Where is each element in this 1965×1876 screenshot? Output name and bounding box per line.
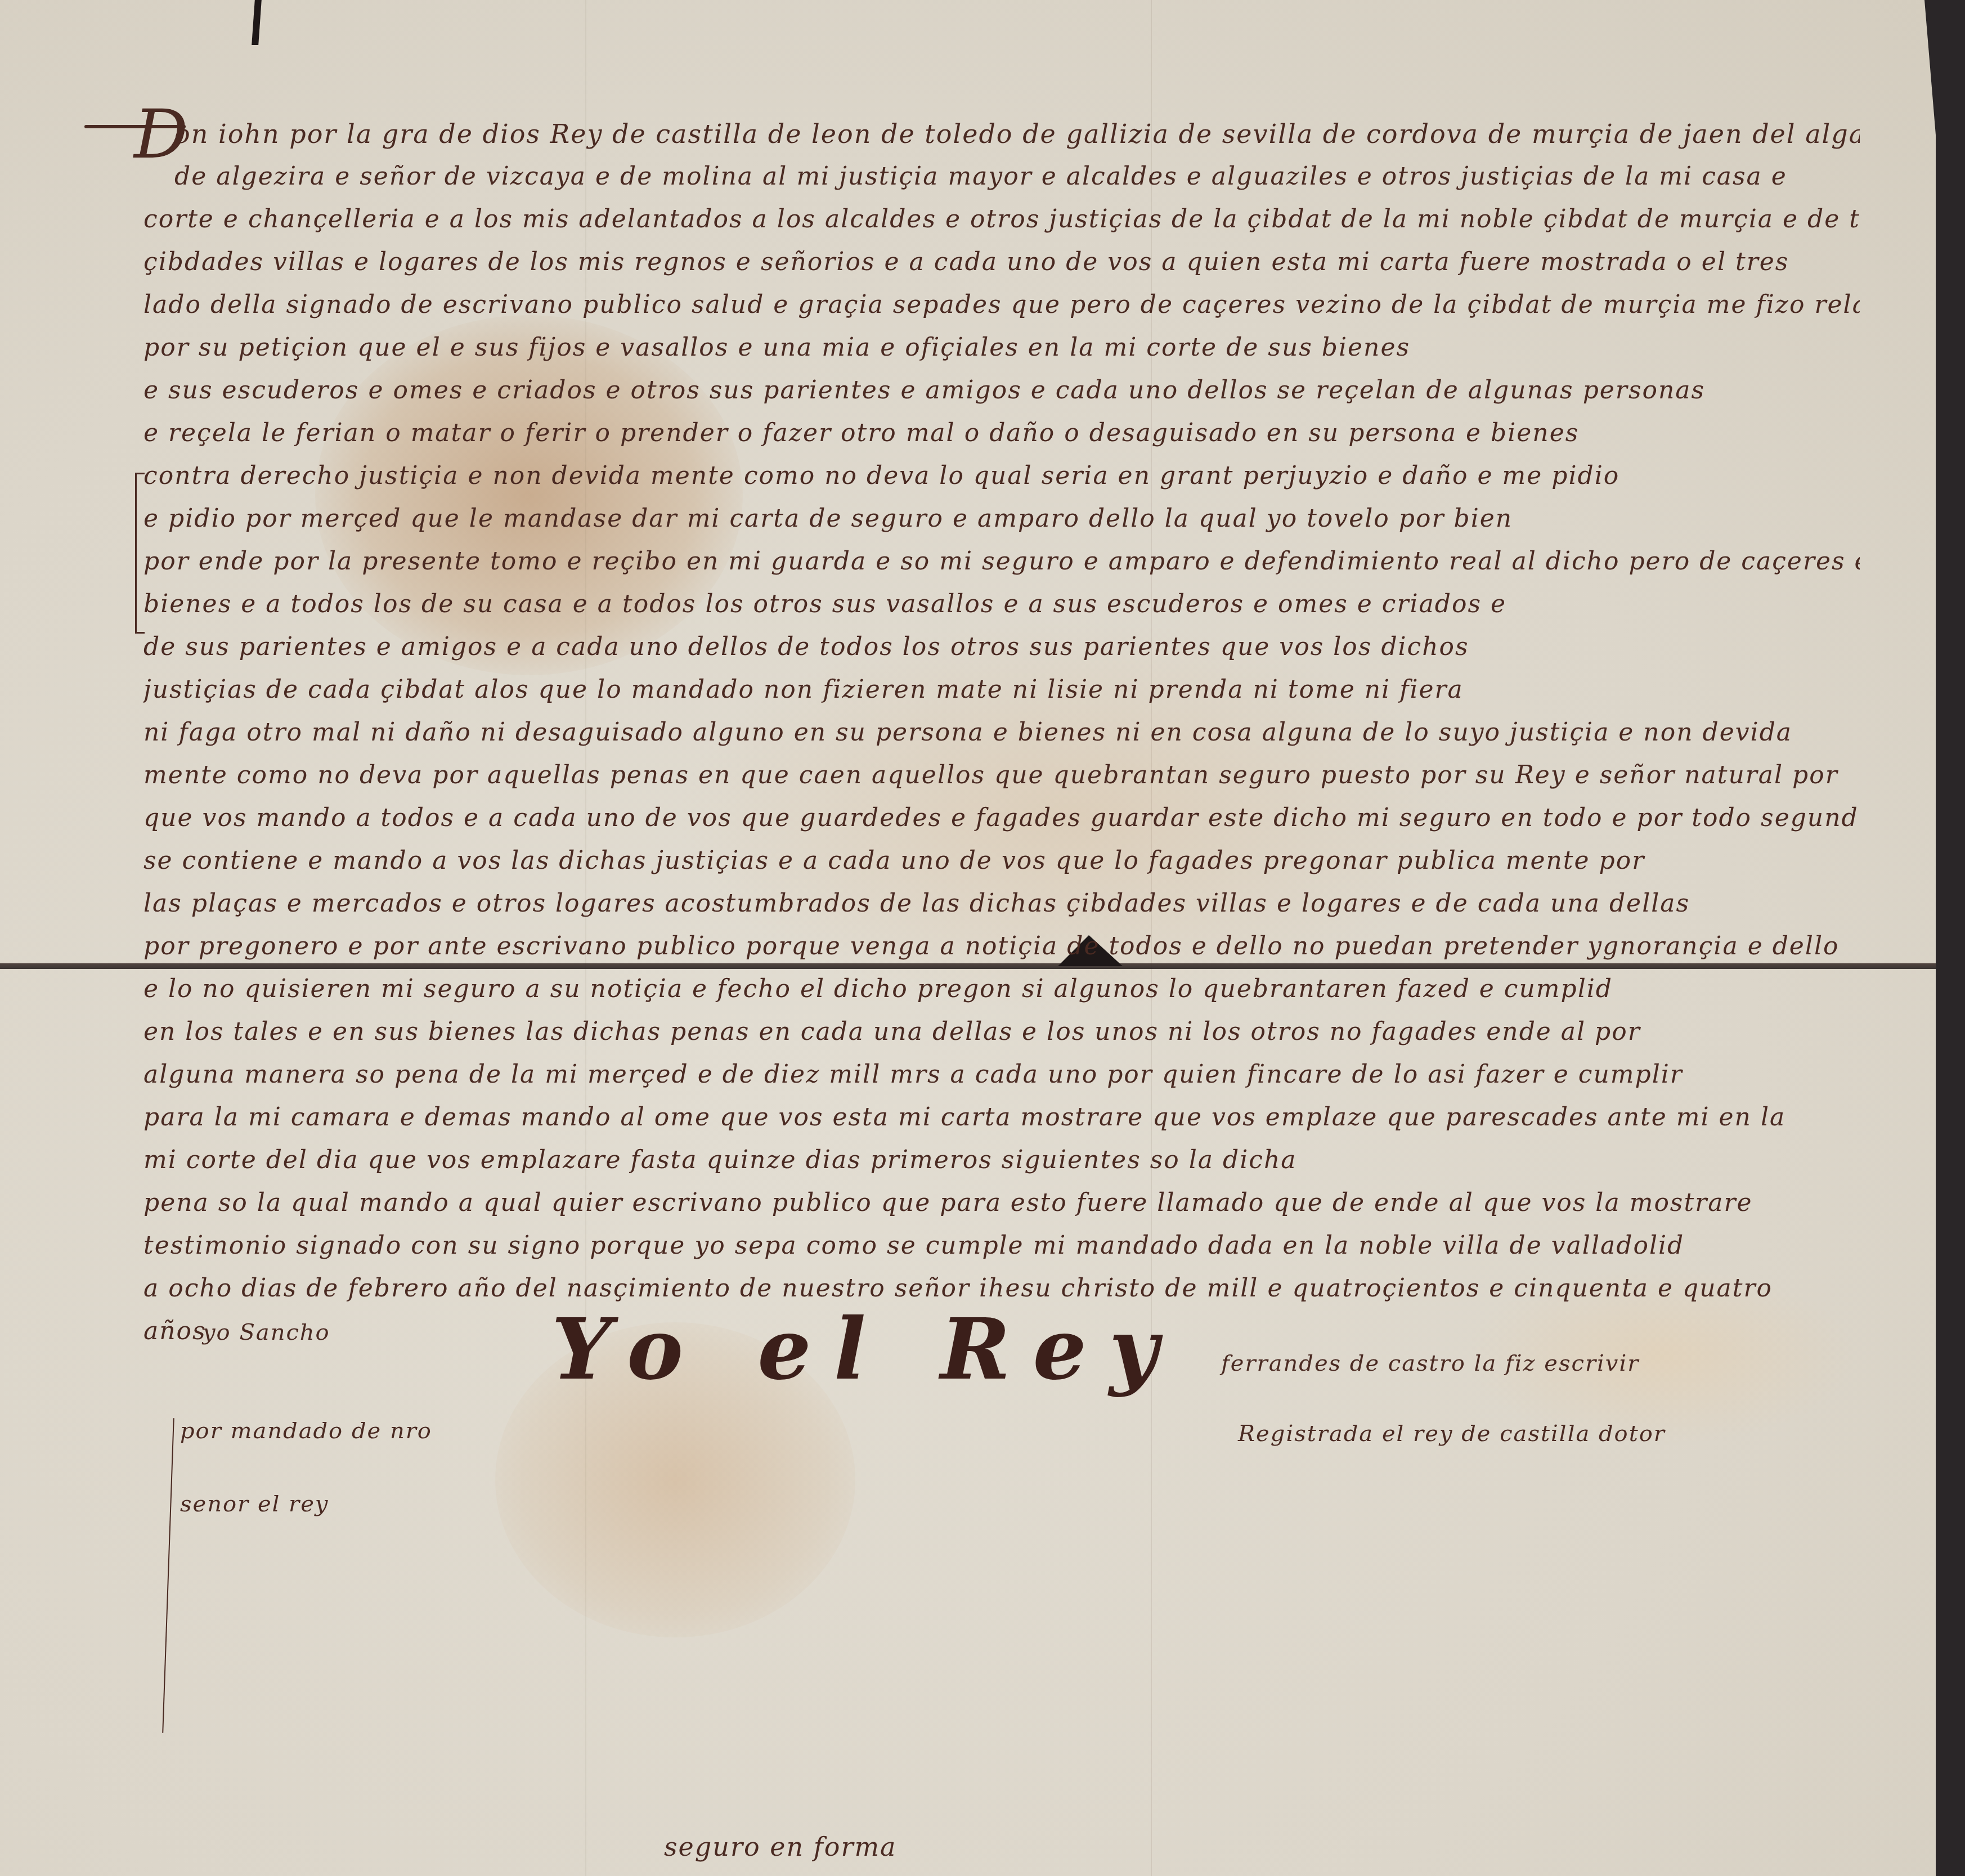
text-line: justiçias de cada çibdat alos que lo man… xyxy=(143,668,1860,711)
text-line: de sus parientes e amigos e a cada uno d… xyxy=(143,626,1860,668)
text-line: testimonio signado con su signo porque y… xyxy=(143,1224,1860,1267)
text-line: por pregonero e por ante escrivano publi… xyxy=(143,925,1860,968)
text-line: alguna manera so pena de la mi merçed e … xyxy=(143,1053,1860,1096)
text-line: por su petiçion que el e sus fijos e vas… xyxy=(143,326,1860,369)
subscription-scribe: ferrandes de castro la fiz escrivir xyxy=(1221,1350,1639,1376)
text-line: que vos mando a todos e a cada uno de vo… xyxy=(143,797,1860,840)
text-line: en los tales e en sus bienes las dichas … xyxy=(143,1011,1860,1053)
endorsement-note: seguro en forma xyxy=(664,1832,896,1862)
text-line: bienes e a todos los de su casa e a todo… xyxy=(143,583,1860,626)
text-line: çibdades villas e logares de los mis reg… xyxy=(143,241,1860,284)
text-line: e reçela le ferian o matar o ferir o pre… xyxy=(143,412,1860,455)
text-line: contra derecho justiçia e non devida men… xyxy=(143,455,1860,497)
text-line: las plaças e mercados e otros logares ac… xyxy=(143,882,1860,925)
text-line: lado della signado de escrivano publico … xyxy=(143,284,1860,326)
text-line: mi corte del dia que vos emplazare fasta… xyxy=(143,1139,1860,1182)
text-line: para la mi camara e demas mando al ome q… xyxy=(143,1096,1860,1139)
subscription-registrada: Registrada el rey de castilla dotor xyxy=(1238,1421,1666,1447)
text-line: mente como no deva por aquellas penas en… xyxy=(143,754,1860,797)
text-line: pena so la qual mando a qual quier escri… xyxy=(143,1182,1860,1224)
text-line: corte e chançelleria e a los mis adelant… xyxy=(143,198,1860,241)
letter-body: on iohn por la gra de dios Rey de castil… xyxy=(143,113,1860,1353)
text-line: on iohn por la gra de dios Rey de castil… xyxy=(143,113,1860,155)
text-line: e lo no quisieren mi seguro a su notiçia… xyxy=(143,968,1860,1011)
text-line: por ende por la presente tomo e reçibo e… xyxy=(143,540,1860,583)
text-line: e sus escuderos e omes e criados e otros… xyxy=(143,369,1860,412)
subscription-sancho: yo Sancho xyxy=(203,1320,330,1345)
text-line: se contiene e mando a vos las dichas jus… xyxy=(143,840,1860,882)
subscription-senor-rey: senor el rey xyxy=(180,1491,329,1517)
royal-signature: Yo el Rey xyxy=(551,1300,1181,1399)
text-line: ni faga otro mal ni daño ni desaguisado … xyxy=(143,711,1860,754)
text-line: e pidio por merçed que le mandase dar mi… xyxy=(143,497,1860,540)
text-line: de algezira e señor de vizcaya e de moli… xyxy=(143,155,1860,198)
subscription-por-mandado: por mandado de nro xyxy=(180,1418,432,1444)
